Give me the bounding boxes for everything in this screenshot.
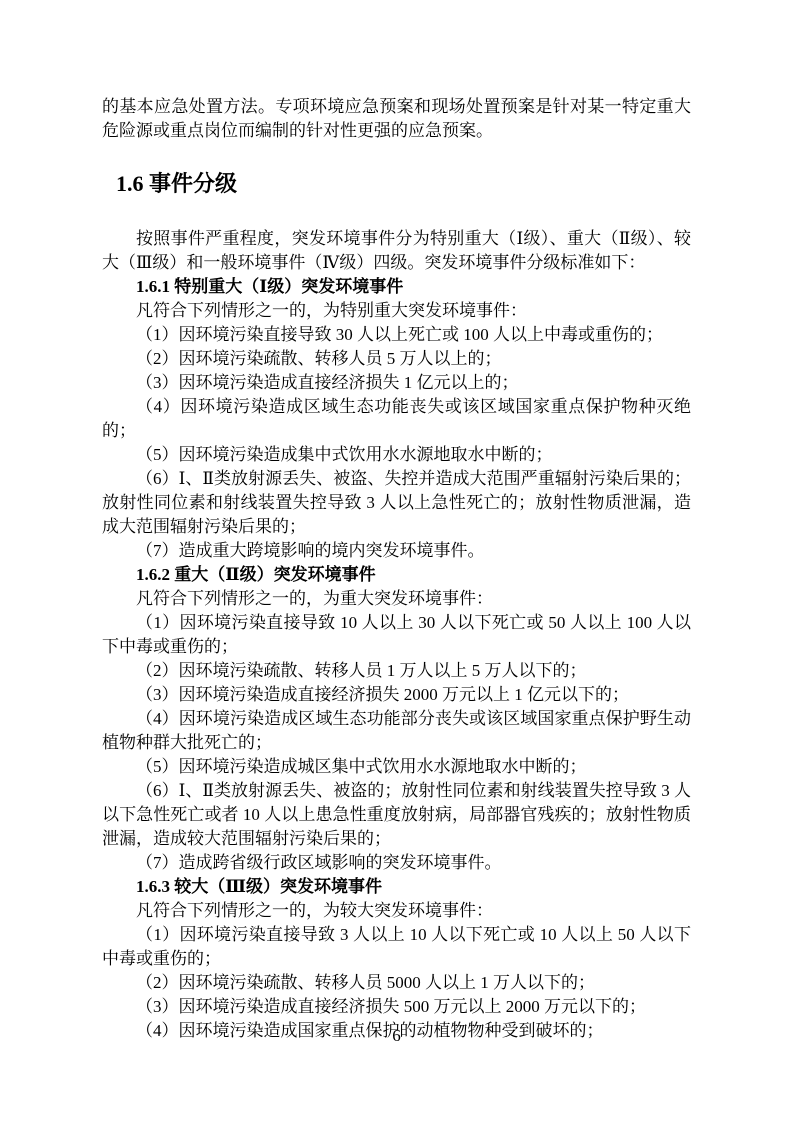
list-item: （4）因环境污染造成区域生态功能部分丧失或该区域国家重点保护野生动植物种群大批死… bbox=[102, 707, 691, 755]
subsection-1-6-3: 1.6.3 较大（Ⅲ级）突发环境事件 凡符合下列情形之一的，为较大突发环境事件：… bbox=[102, 875, 691, 1043]
document-page: 的基本应急处置方法。专项环境应急预案和现场处置预案是针对某一特定重大危险源或重点… bbox=[0, 0, 793, 1122]
subsection-1-6-1: 1.6.1 特别重大（Ⅰ级）突发环境事件 凡符合下列情形之一的，为特别重大突发环… bbox=[102, 275, 691, 563]
list-item: （1）因环境污染直接导致 30 人以上死亡或 100 人以上中毒或重伤的； bbox=[102, 323, 691, 347]
subsection-intro: 凡符合下列情形之一的，为较大突发环境事件： bbox=[102, 899, 691, 923]
document-body: 的基本应急处置方法。专项环境应急预案和现场处置预案是针对某一特定重大危险源或重点… bbox=[102, 95, 691, 1043]
subsection-heading: 1.6.3 较大（Ⅲ级）突发环境事件 bbox=[102, 875, 691, 899]
list-item: （6）Ⅰ、Ⅱ类放射源丢失、被盗、失控并造成大范围严重辐射污染后果的；放射性同位素… bbox=[102, 467, 691, 539]
lead-paragraph: 按照事件严重程度，突发环境事件分为特别重大（Ⅰ级）、重大（Ⅱ级）、较大（Ⅲ级）和… bbox=[102, 227, 691, 275]
list-item: （2）因环境污染疏散、转移人员 5000 人以上 1 万人以下的； bbox=[102, 971, 691, 995]
subsection-intro: 凡符合下列情形之一的，为特别重大突发环境事件： bbox=[102, 299, 691, 323]
list-item: （5）因环境污染造成集中式饮用水水源地取水中断的； bbox=[102, 443, 691, 467]
list-item: （3）因环境污染造成直接经济损失 500 万元以上 2000 万元以下的； bbox=[102, 995, 691, 1019]
list-item: （1）因环境污染直接导致 10 人以上 30 人以下死亡或 50 人以上 100… bbox=[102, 611, 691, 659]
list-item: （3）因环境污染造成直接经济损失 2000 万元以上 1 亿元以下的； bbox=[102, 683, 691, 707]
subsection-heading: 1.6.1 特别重大（Ⅰ级）突发环境事件 bbox=[102, 275, 691, 299]
section-heading: 1.6 事件分级 bbox=[116, 169, 691, 199]
subsection-1-6-2: 1.6.2 重大（Ⅱ级）突发环境事件 凡符合下列情形之一的，为重大突发环境事件：… bbox=[102, 563, 691, 875]
list-item: （3）因环境污染造成直接经济损失 1 亿元以上的； bbox=[102, 371, 691, 395]
list-item: （6）Ⅰ、Ⅱ类放射源丢失、被盗的；放射性同位素和射线装置失控导致 3 人以下急性… bbox=[102, 779, 691, 851]
list-item: （2）因环境污染疏散、转移人员 1 万人以上 5 万人以下的； bbox=[102, 659, 691, 683]
continuation-paragraph: 的基本应急处置方法。专项环境应急预案和现场处置预案是针对某一特定重大危险源或重点… bbox=[102, 95, 691, 143]
list-item: （4）因环境污染造成区域生态功能丧失或该区域国家重点保护物种灭绝的； bbox=[102, 395, 691, 443]
list-item: （1）因环境污染直接导致 3 人以上 10 人以下死亡或 10 人以上 50 人… bbox=[102, 923, 691, 971]
page-footer: 6 bbox=[0, 1024, 793, 1048]
list-item: （5）因环境污染造成城区集中式饮用水水源地取水中断的； bbox=[102, 755, 691, 779]
list-item: （7）造成跨省级行政区域影响的突发环境事件。 bbox=[102, 851, 691, 875]
subsection-heading: 1.6.2 重大（Ⅱ级）突发环境事件 bbox=[102, 563, 691, 587]
list-item: （7）造成重大跨境影响的境内突发环境事件。 bbox=[102, 539, 691, 563]
list-item: （2）因环境污染疏散、转移人员 5 万人以上的； bbox=[102, 347, 691, 371]
page-number: 6 bbox=[392, 1026, 401, 1045]
subsection-intro: 凡符合下列情形之一的，为重大突发环境事件： bbox=[102, 587, 691, 611]
